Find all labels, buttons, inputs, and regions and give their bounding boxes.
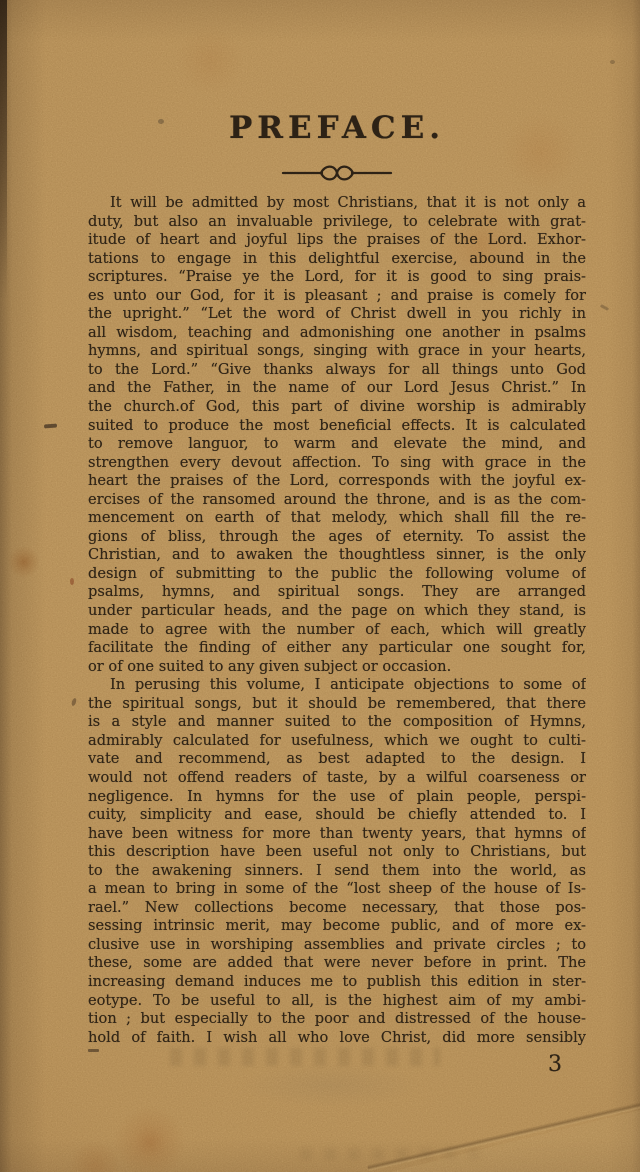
- text-line: a mean to bring in some of the “lost she…: [88, 880, 586, 899]
- paragraph: It will be admitted by most Christians, …: [88, 194, 586, 676]
- text-line: vate and recommend, as best adapted to t…: [88, 750, 586, 769]
- text-line: tion ; but especially to the poor and di…: [88, 1010, 586, 1029]
- text-line: strengthen every devout affection. To si…: [88, 454, 586, 473]
- text-line: the church.of God, this part of divine w…: [88, 398, 586, 417]
- text-line: cuity, simplicity and ease, should be ch…: [88, 806, 586, 825]
- page-number: 3: [540, 1052, 570, 1077]
- text-line: all wisdom, teaching and admonishing one…: [88, 324, 586, 343]
- text-line: made to agree with the number of each, w…: [88, 621, 586, 640]
- ink-speck: [600, 304, 609, 311]
- text-line: under particular heads, and the page on …: [88, 602, 586, 621]
- text-line: these, some are added that were never be…: [88, 954, 586, 973]
- text-line: would not offend readers of taste, by a …: [88, 769, 586, 788]
- text-line: design of submitting to the public the f…: [88, 565, 586, 584]
- text-line: increasing demand induces me to publish …: [88, 973, 586, 992]
- text-line: In perusing this volume, I anticipate ob…: [88, 676, 586, 695]
- corner-fold: [390, 1110, 640, 1172]
- ink-speck: [88, 1049, 99, 1052]
- text-line: clusive use in worshiping assemblies and…: [88, 936, 586, 955]
- text-line: tations to engage in this delightful exe…: [88, 250, 586, 269]
- ink-dash-mark: [44, 424, 57, 428]
- text-line: duty, but also an invaluable privilege, …: [88, 213, 586, 232]
- text-line: the spiritual songs, but it should be re…: [88, 695, 586, 714]
- ink-speck: [610, 60, 615, 64]
- text-line: is a style and manner suited to the comp…: [88, 713, 586, 732]
- ink-speck: [70, 578, 74, 585]
- text-line: ercises of the ransomed around the thron…: [88, 491, 586, 510]
- text-line: rael.” New collections become necessary,…: [88, 899, 586, 918]
- ink-speck: [71, 698, 77, 707]
- scanned-book-page: PREFACE. It will be admitted by most Chr…: [0, 0, 640, 1172]
- text-line: admirably calculated for usefulness, whi…: [88, 732, 586, 751]
- text-line: heart the praises of the Lord, correspon…: [88, 472, 586, 491]
- text-line: to remove languor, to warm and elevate t…: [88, 435, 586, 454]
- text-line: Christian, and to awaken the thoughtless…: [88, 546, 586, 565]
- text-line: sessing intrinsic merit, may become publ…: [88, 917, 586, 936]
- text-line: have been witness for more than twenty y…: [88, 825, 586, 844]
- text-line: to the awakening sinners. I send them in…: [88, 862, 586, 881]
- text-line: this description have been useful not on…: [88, 843, 586, 862]
- text-line: suited to produce the most beneficial ef…: [88, 417, 586, 436]
- text-line: to the Lord.” “Give thanks always for al…: [88, 361, 586, 380]
- text-line: or of one suited to any given subject or…: [88, 658, 586, 677]
- text-line: facilitate the finding of either any par…: [88, 639, 586, 658]
- text-line: It will be admitted by most Christians, …: [88, 194, 586, 213]
- text-line: psalms, hymns, and spiritual songs. They…: [88, 583, 586, 602]
- text-line: scriptures. “Praise ye the Lord, for it …: [88, 268, 586, 287]
- text-line: itude of heart and joyful lips the prais…: [88, 231, 586, 250]
- text-line: hymns, and spiritual songs, singing with…: [88, 342, 586, 361]
- text-line: mencement on earth of that melody, which…: [88, 509, 586, 528]
- text-line: gions of bliss, through the ages of eter…: [88, 528, 586, 547]
- text-line: the upright.” “Let the word of Christ dw…: [88, 305, 586, 324]
- text-line: es unto our God, for it is pleasant ; an…: [88, 287, 586, 306]
- text-line: hold of faith. I wish all who love Chris…: [88, 1029, 586, 1048]
- book-binding-edge: [0, 0, 7, 300]
- text-line: negligence. In hymns for the use of plai…: [88, 788, 586, 807]
- page-showthrough: [170, 1048, 440, 1066]
- swash-divider-icon: [277, 160, 397, 186]
- preface-text: It will be admitted by most Christians, …: [88, 194, 586, 1047]
- text-line: eotype. To be useful to all, is the high…: [88, 992, 586, 1011]
- page-title: PREFACE.: [88, 110, 586, 146]
- paragraph: In perusing this volume, I anticipate ob…: [88, 676, 586, 1047]
- text-line: and the Father, in the name of our Lord …: [88, 379, 586, 398]
